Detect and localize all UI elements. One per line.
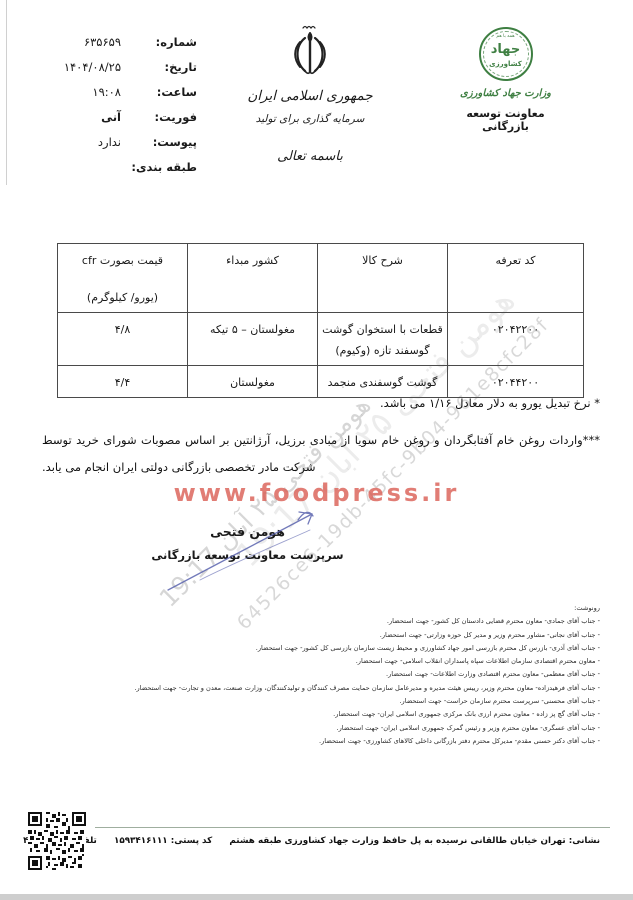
national-header: جمهوری اسلامی ایران سرمایه گذاری برای تو… [245,24,375,125]
table-row: ۰۲۰۴۴۲۰۰ گوشت گوسفندی منجمد مغولستان ۴/۴ [58,366,584,398]
footer-address: نشانی: تهران خیابان طالقانی نرسیده به پل… [229,836,600,846]
cell-price: ۴/۴ [58,366,188,398]
meta-urgency-label: فوریت: [139,108,197,126]
logo-sub-text: کشاورزی [481,60,531,68]
year-slogan: سرمایه گذاری برای تولید [245,113,375,125]
cc-heading: رونوشت: [134,602,600,615]
cc-item: - جناب آقای گچ پز زاده - معاون محترم ارز… [134,708,600,721]
cell-origin: مغولستان – ۵ تیکه [188,313,318,366]
meta-number: شماره: ۶۳۵۶۵۹ [64,33,197,51]
meta-date: تاریخ: ۱۴۰۴/۰۸/۲۵ [64,58,197,76]
header-price: قیمت بصورت cfr (یورو/ کیلوگرم) [58,244,188,313]
cc-item: - جناب آقای محسنی- سرپرست محترم سازمان ح… [134,695,600,708]
cell-origin: مغولستان [188,366,318,398]
department-name: معاونت توسعه بازرگانی [448,107,563,133]
meta-attachment-label: پیوست: [139,133,197,151]
qr-code [28,812,86,870]
footer-divider [95,827,610,828]
note-exchange-rate: * نرخ تبدیل یورو به دلار معادل ۱/۱۶ می ب… [42,396,600,410]
meta-time-label: ساعت: [139,83,197,101]
cc-item: - معاون محترم اقتصادی سازمان اطلاعات سپا… [134,655,600,668]
meta-time-value: ۱۹:۰۸ [92,83,121,101]
meta-attachment: پیوست: ندارد [64,133,197,151]
cell-tariff-code: ۰۲۰۴۲۲۰۰ [448,313,584,366]
cc-list: رونوشت: - جناب آقای جمادی- معاون محترم ق… [134,602,600,748]
meta-time: ساعت: ۱۹:۰۸ [64,83,197,101]
table-row: ۰۲۰۴۲۲۰۰ قطعات با استخوان گوشت گوسفند تا… [58,313,584,366]
cell-goods-desc: گوشت گوسفندی منجمد [318,366,448,398]
footer-postal: کد پستی: ۱۵۹۳۴۱۶۱۱۱ [111,836,212,846]
cc-item: - جناب آقای عسگری- معاون محترم وزیر و رئ… [134,722,600,735]
scan-bottom-shadow [0,894,633,900]
besmele: باسمه تعالی [245,149,375,164]
meta-urgency: فوریت: آنی [64,108,197,126]
header-tariff-code: کد تعرفه [448,244,584,313]
meta-date-value: ۱۴۰۴/۰۸/۲۵ [64,58,121,76]
cc-item: - جناب آقای دکتر حسنی مقدم- مدیرکل محترم… [134,735,600,748]
header-price-line1: قیمت بصورت cfr [62,250,183,271]
footer-postal-value: ۱۵۹۳۴۱۶۱۱۱ [114,836,168,846]
meta-number-label: شماره: [139,33,197,51]
iran-emblem-icon [288,24,332,80]
cell-goods-desc: قطعات با استخوان گوشت گوسفند تازه (وکیوم… [318,313,448,366]
ministry-header: همه با هم جهاد کشاورزی وزارت جهاد کشاورز… [448,27,563,133]
meta-classification-label: طبقه بندی: [131,158,197,176]
meta-date-label: تاریخ: [139,58,197,76]
cc-item: - جناب آقای معظمی- معاون محترم اقتصادی و… [134,668,600,681]
handwritten-signature [140,498,355,598]
cc-item: - جناب آقای آذری- بازرس کل محترم بازرسی … [134,642,600,655]
ministry-name: وزارت جهاد کشاورزی [448,88,563,99]
cell-price: ۴/۸ [58,313,188,366]
price-table: کد تعرفه شرح کالا کشور مبداء قیمت بصورت … [57,243,584,398]
letter-metadata: شماره: ۶۳۵۶۵۹ تاریخ: ۱۴۰۴/۰۸/۲۵ ساعت: ۱۹… [64,33,197,183]
header-price-line2: (یورو/ کیلوگرم) [62,287,183,308]
meta-attachment-value: ندارد [98,133,121,151]
cc-item: - جناب آقای جمادی- معاون محترم قضایی داد… [134,615,600,628]
footer-contact: نشانی: تهران خیابان طالقانی نرسیده به پل… [9,836,600,846]
header-goods-desc: شرح کالا [318,244,448,313]
header-origin-country: کشور مبداء [188,244,318,313]
letter-page: هومن فتحی ۲۵ آبان 19:17 هومن فتحی ۲۵ آبا… [0,0,633,900]
logo-main-text: جهاد [481,42,531,57]
scan-edge-artifact [6,0,7,185]
logo-top-text: همه با هم [481,34,531,39]
meta-classification: طبقه بندی: [64,158,197,176]
meta-urgency-value: آنی [101,108,121,126]
jahad-keshavarzi-logo-icon: همه با هم جهاد کشاورزی [479,27,533,81]
meta-number-value: ۶۳۵۶۵۹ [84,33,121,51]
cc-item: - جناب آقای فرهیدزاده- معاون محترم وزیر،… [134,682,600,695]
cell-tariff-code: ۰۲۰۴۴۲۰۰ [448,366,584,398]
note-oil-imports: ***واردات روغن خام آفتابگردان و روغن خام… [42,427,600,481]
country-name: جمهوری اسلامی ایران [245,88,375,104]
footer-postal-label: کد پستی: [171,836,213,846]
notes-section: * نرخ تبدیل یورو به دلار معادل ۱/۱۶ می ب… [42,396,600,481]
cc-item: - جناب آقای نجانی- مشاور محترم وزیر و مد… [134,629,600,642]
